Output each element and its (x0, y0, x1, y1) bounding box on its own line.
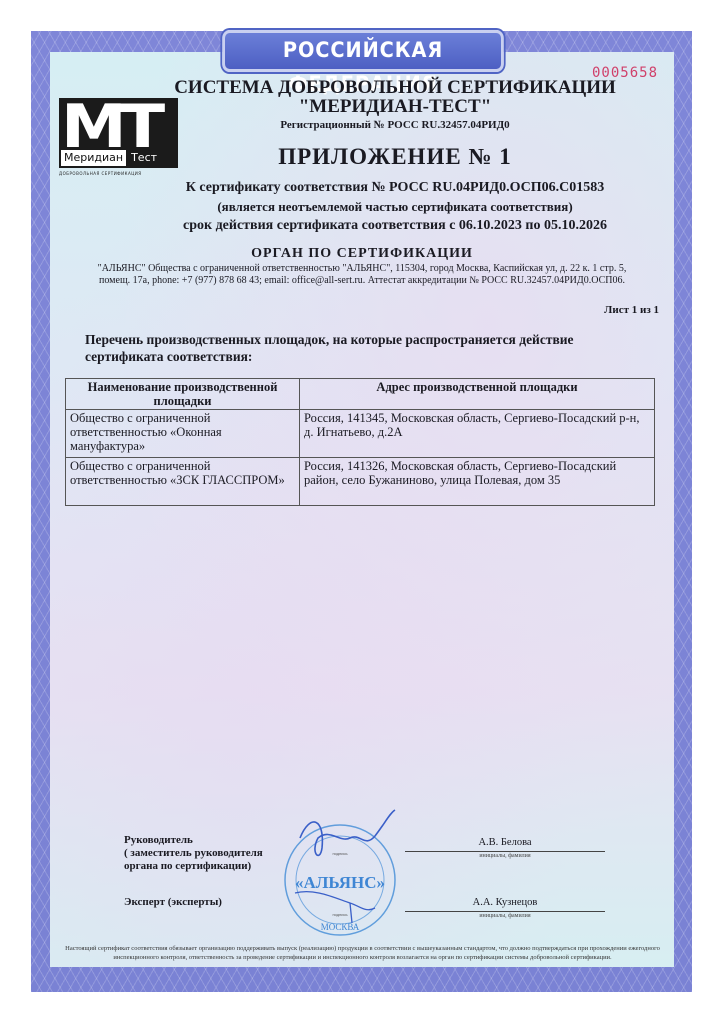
footer-note: Настоящий сертификат соответствия обязыв… (55, 944, 670, 962)
certification-body-title: ОРГАН ПО СЕРТИФИКАЦИИ (50, 246, 674, 262)
sheet-number: Лист 1 из 1 (604, 304, 659, 316)
table-row: Общество с ограниченной ответственностью… (66, 458, 655, 506)
certificate-reference: К сертификату соответствия № РОСС RU.04Р… (130, 180, 660, 196)
alliance-stamp: «АЛЬЯНС» МОСКВА подпись подпись (280, 808, 400, 943)
expert-signature-scribble (295, 892, 375, 923)
country-banner: РОССИЙСКАЯ ФЕДЕРАЦИЯ (222, 30, 504, 72)
head-signature-label: Руководитель ( заместитель руководителя … (124, 834, 263, 873)
expert-signature-label: Эксперт (эксперты) (124, 896, 222, 909)
head-initials-caption: инициалы, фамилия (405, 853, 605, 859)
table-header-row: Наименование производственной площадки А… (66, 379, 655, 410)
head-label-line2: ( заместитель руководителя (124, 847, 263, 860)
head-label-line3: органа по сертификации) (124, 860, 263, 873)
column-header-name: Наименование производственной площадки (66, 379, 300, 410)
integral-part-note: (является неотъемлемой частью сертификат… (130, 199, 660, 215)
stamp-bottom-text: МОСКВА (321, 922, 360, 932)
head-signature-line (405, 851, 605, 852)
column-header-address: Адрес производственной площадки (300, 379, 655, 410)
registration-number: Регистрационный № РОСС RU.32457.04РИД0 (130, 119, 660, 131)
site-name: Общество с ограниченной ответственностью… (66, 410, 300, 458)
validity-period: срок действия сертификата соответствия с… (130, 218, 660, 234)
site-name: Общество с ограниченной ответственностью… (66, 458, 300, 506)
site-address: Россия, 141326, Московская область, Серг… (300, 458, 655, 506)
signature-caption-top: подпись (332, 851, 347, 856)
expert-name: А.А. Кузнецов (405, 897, 605, 908)
signature-caption-bottom: подпись (332, 912, 347, 917)
logo-name-left: Меридиан (59, 148, 128, 168)
site-address: Россия, 141345, Московская область, Серг… (300, 410, 655, 458)
head-label-line1: Руководитель (124, 834, 263, 847)
sites-list-title: Перечень производственных площадок, на к… (85, 331, 645, 365)
logo-subtitle: ДОБРОВОЛЬНАЯ СЕРТИФИКАЦИЯ (59, 171, 142, 176)
system-name: "МЕРИДИАН-ТЕСТ" (130, 96, 660, 118)
head-name: А.В. Белова (405, 837, 605, 848)
production-sites-table: Наименование производственной площадки А… (65, 378, 655, 506)
head-signature-scribble (300, 810, 395, 855)
expert-signature-line (405, 911, 605, 912)
certification-body-details: "АЛЬЯНС" Общества с ограниченной ответст… (50, 263, 674, 287)
stamp-center-text: «АЛЬЯНС» (295, 873, 385, 892)
appendix-title: ПРИЛОЖЕНИЕ № 1 (130, 144, 660, 170)
expert-initials-caption: инициалы, фамилия (405, 913, 605, 919)
table-row: Общество с ограниченной ответственностью… (66, 410, 655, 458)
